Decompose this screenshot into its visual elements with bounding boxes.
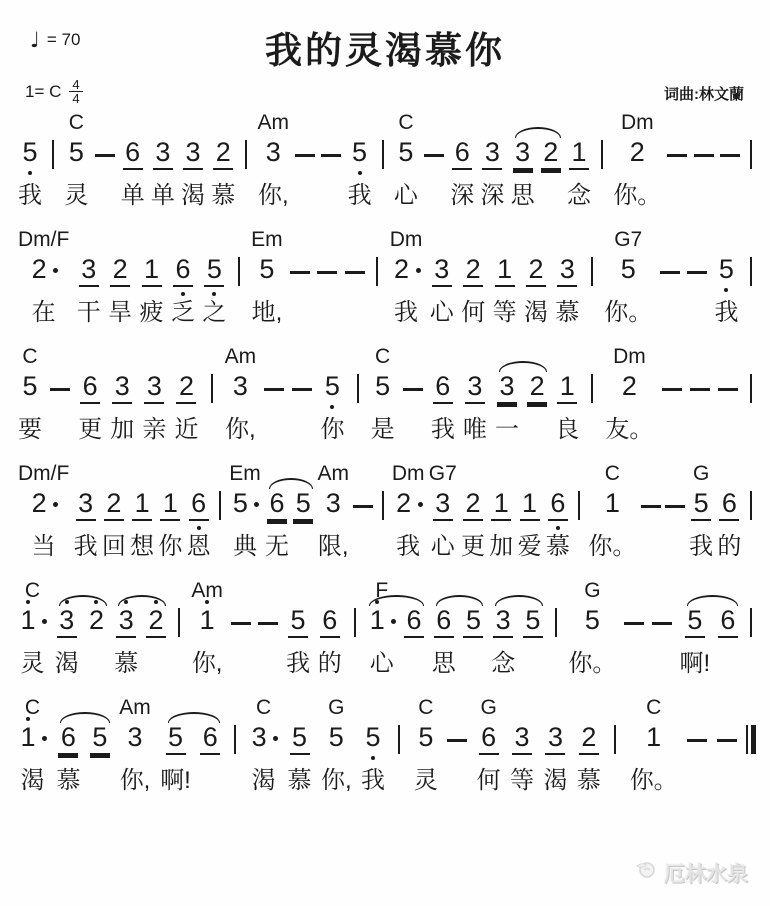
note-figure: 1 — [602, 488, 622, 525]
barline-stroke — [750, 374, 752, 403]
note-digit: 3 — [465, 371, 485, 402]
duration-dash — [717, 695, 737, 799]
lyric-syllable: 乏 — [171, 298, 195, 331]
note-token: 2更 — [461, 461, 485, 565]
augmentation-dot — [273, 736, 278, 741]
note-token: Dm/F2在 — [18, 227, 69, 331]
note-digit: 3 — [493, 605, 513, 636]
note-token: C5灵 — [414, 695, 438, 799]
note-figure — [690, 371, 710, 408]
note-figure: 3 — [263, 137, 283, 174]
barline — [353, 344, 363, 448]
chord-label: C — [398, 110, 413, 137]
barline — [610, 695, 620, 799]
dash-stroke — [718, 388, 738, 391]
chord-label: Am — [318, 461, 350, 488]
note-digit: 5 — [20, 137, 40, 168]
note-figure: 2 — [86, 605, 106, 642]
augmentation-dot — [42, 619, 47, 624]
lyric-syllable: 之 — [202, 298, 226, 331]
note-token: 6慕 — [56, 695, 80, 799]
note-digit: 3 — [230, 371, 250, 402]
lyric-syllable: 何 — [461, 298, 485, 331]
note-figure — [398, 722, 400, 759]
note-figure: 3 — [76, 488, 96, 525]
note-figure: 3 — [323, 488, 343, 525]
dash-stroke — [258, 622, 278, 625]
lyric-syllable: 我 — [394, 298, 418, 331]
lyric-syllable: 啊! — [160, 766, 191, 799]
note-digit: 6 — [320, 605, 340, 636]
lyric-syllable: 渴 — [55, 649, 79, 682]
augmentation-dot — [53, 502, 58, 507]
note-digit: 6 — [80, 371, 100, 402]
lyric-syllable: 渴 — [524, 298, 548, 331]
note-token: 2回 — [102, 461, 126, 565]
note-figure: 1 — [491, 488, 511, 525]
note-token: Dm2我 — [390, 227, 423, 331]
barline-stroke — [750, 491, 752, 520]
note-digit: 5 — [257, 254, 277, 285]
note-digit: 3 — [249, 722, 269, 753]
note-figure: 6 — [173, 254, 193, 291]
note-figure: 6 — [433, 371, 453, 408]
barline — [574, 461, 584, 565]
note-figure: 3 — [57, 605, 77, 642]
note-token: 1念 — [567, 110, 591, 214]
note-figure: 5 — [582, 605, 602, 642]
note-figure: 3 — [482, 137, 502, 174]
note-digit: 2 — [463, 488, 483, 519]
note-digit: 5 — [463, 605, 483, 636]
lyric-syllable: 慕 — [211, 181, 235, 214]
note-digit: 5 — [350, 137, 370, 168]
note-digit: 5 — [290, 722, 310, 753]
note-figure: 3 — [545, 722, 565, 759]
note-token: 6深 — [450, 110, 474, 214]
note-figure — [50, 371, 70, 408]
lyric-syllable: 你, — [258, 181, 289, 214]
note-token: 2 — [146, 578, 166, 682]
lyric-syllable: 等 — [493, 298, 517, 331]
note-figure: 1 — [367, 605, 396, 642]
dash-stroke — [687, 271, 707, 274]
lyric-syllable: 慕 — [56, 766, 80, 799]
augmentation-dot — [391, 619, 396, 624]
note-token: 2 — [541, 110, 561, 214]
note-digit: 2 — [541, 137, 561, 168]
note-figure: 3 — [125, 722, 145, 759]
note-digit: 6 — [404, 605, 424, 636]
lyric-syllable: 等 — [510, 766, 534, 799]
dash-stroke — [665, 505, 685, 508]
note-digit: 5 — [293, 488, 313, 519]
note-figure: 5 — [463, 605, 483, 642]
note-figure — [667, 137, 687, 174]
lyric-syllable: 心 — [394, 181, 418, 214]
note-digit: 1 — [520, 488, 540, 519]
note-figure: 3 — [465, 371, 485, 408]
lyric-syllable: 典 — [233, 532, 257, 565]
note-figure: 6 — [452, 137, 472, 174]
note-figure: 2 — [394, 488, 423, 525]
lyric-syllable: 慕 — [577, 766, 601, 799]
note-token: 5 — [293, 461, 313, 565]
note-figure: 2 — [110, 254, 130, 291]
note-digit: 6 — [479, 722, 499, 753]
octave-dot-below — [181, 292, 185, 296]
lyric-syllable: 你, — [321, 766, 352, 799]
barline-stroke — [178, 608, 180, 637]
note-token: 3一 — [495, 344, 519, 448]
lyric-syllable: 你。 — [630, 766, 678, 799]
barline — [230, 695, 240, 799]
note-figure — [750, 605, 752, 642]
note-digit: 3 — [144, 371, 164, 402]
barline — [350, 578, 360, 682]
note-token: 3渴 — [181, 110, 205, 214]
note-token: 5我 — [348, 110, 372, 214]
note-figure: 3 — [433, 488, 453, 525]
note-digit: 3 — [183, 137, 203, 168]
note-figure — [447, 722, 467, 759]
lyric-syllable: 思 — [432, 649, 456, 682]
duration-dash — [720, 110, 740, 214]
note-digit: 2 — [579, 722, 599, 753]
note-digit: 2 — [29, 254, 49, 285]
note-token: G5你, — [321, 695, 352, 799]
note-token: 3深 — [480, 110, 504, 214]
note-token: 2 — [527, 344, 547, 448]
note-token: 3渴 — [55, 578, 79, 682]
note-figure: 5 — [618, 254, 638, 291]
lyric-syllable: 单 — [121, 181, 145, 214]
time-numerator: 4 — [69, 78, 82, 92]
note-token: 5之 — [202, 227, 226, 331]
note-token: 6更 — [78, 344, 102, 448]
note-figure — [52, 137, 54, 174]
note-digit: 6 — [452, 137, 472, 168]
note-digit: 1 — [160, 488, 180, 519]
note-figure: 6 — [200, 722, 220, 759]
note-figure — [354, 605, 356, 642]
note-digit: 2 — [392, 254, 412, 285]
duration-dash — [652, 578, 672, 682]
note-figure — [578, 488, 580, 525]
lyric-syllable: 近 — [174, 415, 198, 448]
note-figure: 1 — [132, 488, 152, 525]
augmentation-dot — [254, 502, 259, 507]
song-title: 我的灵渴慕你 — [0, 20, 770, 74]
note-digit: 5 — [416, 722, 436, 753]
barline — [207, 344, 217, 448]
dash-stroke — [662, 388, 682, 391]
note-figure: 1 — [495, 254, 515, 291]
note-digit: 2 — [394, 488, 414, 519]
note-digit: 2 — [463, 254, 483, 285]
lyric-syllable: 亲 — [142, 415, 166, 448]
barline-stroke — [376, 257, 378, 286]
barline-stroke — [614, 725, 616, 754]
note-figure — [264, 371, 284, 408]
note-figure — [555, 605, 557, 642]
note-figure — [591, 254, 593, 291]
lyric-syllable: 我 — [348, 181, 372, 214]
note-token: G5你。 — [568, 578, 616, 682]
note-digit: 2 — [627, 137, 647, 168]
note-digit: 1 — [557, 371, 577, 402]
note-token: C5灵 — [64, 110, 88, 214]
dash-stroke — [292, 388, 312, 391]
notation-system: Dm/F2在3干2旱1疲6乏5之Em5地,Dm2我3心2何1等2渴3慕G75你。… — [18, 227, 756, 331]
note-figure: 5 — [20, 371, 40, 408]
lyric-syllable: 念 — [567, 181, 591, 214]
note-figure: 2 — [541, 137, 561, 174]
lyric-syllable: 无 — [265, 532, 289, 565]
octave-dot-above — [26, 600, 30, 604]
composer-credit: 词曲:林文蘭 — [664, 83, 744, 104]
note-digit: 1 — [142, 254, 162, 285]
note-figure: 6 — [320, 605, 340, 642]
duration-dash — [718, 344, 738, 448]
duration-dash — [662, 344, 682, 448]
lyric-syllable: 我 — [396, 532, 420, 565]
note-figure: 6 — [719, 488, 739, 525]
note-token: 1等 — [493, 227, 517, 331]
note-figure — [694, 137, 714, 174]
note-digit: 5 — [691, 488, 711, 519]
note-digit: 5 — [363, 722, 383, 753]
lyric-syllable: 限, — [318, 532, 349, 565]
chord-label: Dm/F — [18, 461, 69, 488]
note-token: 5 — [463, 578, 483, 682]
note-figure — [652, 605, 672, 642]
lyric-syllable: 渴 — [543, 766, 567, 799]
note-figure: 1 — [569, 137, 589, 174]
note-token: G75你。 — [604, 227, 652, 331]
note-figure: 5 — [257, 254, 277, 291]
duration-dash — [317, 227, 337, 331]
note-figure: 5 — [363, 722, 383, 759]
note-figure: 1 — [18, 722, 47, 759]
note-digit: 3 — [263, 137, 283, 168]
lyric-syllable: 你。 — [568, 649, 616, 682]
note-digit: 2 — [619, 371, 639, 402]
duration-dash — [290, 227, 310, 331]
note-digit: 1 — [132, 488, 152, 519]
duration-dash — [50, 344, 70, 448]
dash-stroke — [667, 154, 687, 157]
note-token: 2慕 — [577, 695, 601, 799]
chord-label: C — [69, 110, 84, 137]
note-digit: 5 — [90, 722, 110, 753]
note-figure: 5 — [290, 722, 310, 759]
dash-stroke — [295, 154, 315, 157]
note-token: Dm2友。 — [605, 344, 653, 448]
note-figure — [382, 488, 384, 525]
note-figure — [750, 371, 752, 408]
note-digit: 2 — [526, 254, 546, 285]
barline-stroke — [354, 608, 356, 637]
note-token: 6 — [404, 578, 424, 682]
lyric-syllable: 想 — [130, 532, 154, 565]
final-barline — [746, 695, 756, 799]
barline — [746, 227, 756, 331]
barline — [241, 110, 251, 214]
note-figure: 2 — [463, 254, 483, 291]
barline-stroke — [382, 140, 384, 169]
lyric-syllable: 灵 — [414, 766, 438, 799]
note-figure: 1 — [160, 488, 180, 525]
note-figure — [624, 605, 644, 642]
duration-dash — [667, 110, 687, 214]
barline-stroke — [591, 257, 593, 286]
duration-dash — [264, 344, 284, 448]
note-figure: 2 — [29, 488, 58, 525]
barline — [174, 578, 184, 682]
note-digit: 1 — [569, 137, 589, 168]
chord-label: C — [22, 344, 37, 371]
note-digit: 1 — [644, 722, 664, 753]
note-figure: 3 — [79, 254, 99, 291]
note-digit: 3 — [433, 488, 453, 519]
barline-stroke — [219, 491, 221, 520]
key-label: 1= C — [25, 82, 61, 102]
note-digit: 5 — [288, 605, 308, 636]
lyric-syllable: 更 — [461, 532, 485, 565]
note-figure: 5 — [166, 722, 186, 759]
barline — [746, 461, 756, 565]
note-figure — [357, 371, 359, 408]
chord-label: G7 — [614, 227, 642, 254]
note-figure: 5 — [204, 254, 224, 291]
notation-system: Dm/F2当3我2回1想1你6恩Em5典6无5Am3限,Dm2我G73心2更1加… — [18, 461, 756, 565]
note-figure: 1 — [18, 605, 47, 642]
octave-dot-below — [371, 756, 375, 760]
note-figure: 3 — [432, 254, 452, 291]
lyric-syllable: 旱 — [108, 298, 132, 331]
duration-dash — [665, 461, 685, 565]
note-figure — [750, 137, 752, 174]
note-token: 6乏 — [171, 227, 195, 331]
note-token: 6无 — [265, 461, 289, 565]
lyric-syllable: 的 — [318, 649, 342, 682]
chord-label: G — [328, 695, 344, 722]
note-digit: 1 — [197, 605, 217, 636]
note-token: 5我 — [286, 578, 310, 682]
note-figure: 3 — [513, 137, 533, 174]
lyric-syllable: 我 — [689, 532, 713, 565]
lyric-syllable: 你。 — [613, 181, 661, 214]
note-token: 2近 — [174, 344, 198, 448]
note-figure: 5 — [416, 722, 436, 759]
dash-stroke — [424, 154, 444, 157]
note-token: G73心 — [429, 461, 457, 565]
chord-label: Dm — [390, 227, 423, 254]
note-token: 1加 — [489, 461, 513, 565]
note-token: Am3你, — [225, 344, 257, 448]
dash-stroke — [345, 271, 365, 274]
lyric-syllable: 你, — [192, 649, 223, 682]
lyric-syllable: 我 — [74, 532, 98, 565]
note-token: 2慕 — [211, 110, 235, 214]
note-figure — [353, 488, 373, 525]
note-token: 5 — [523, 578, 543, 682]
barline — [587, 227, 597, 331]
note-digit: 3 — [512, 722, 532, 753]
note-figure — [382, 137, 384, 174]
note-digit: 2 — [213, 137, 233, 168]
octave-dot-below — [724, 288, 728, 292]
note-token: 5 — [90, 695, 110, 799]
note-digit: 3 — [79, 254, 99, 285]
note-token: Dm/F2当 — [18, 461, 69, 565]
note-figure: 5 — [396, 137, 416, 174]
note-token: 5啊! — [160, 695, 191, 799]
note-token: 3干 — [77, 227, 101, 331]
barline-stroke — [245, 140, 247, 169]
note-token: 6思 — [432, 578, 456, 682]
note-token: 6恩 — [187, 461, 211, 565]
note-digit: 2 — [176, 371, 196, 402]
note-token: Dm2我 — [392, 461, 425, 565]
note-token: C1渴 — [18, 695, 47, 799]
barline-stroke — [357, 374, 359, 403]
note-digit: 3 — [432, 254, 452, 285]
note-figure — [687, 254, 707, 291]
chord-label: Am — [258, 110, 290, 137]
note-digit: 6 — [200, 722, 220, 753]
lyric-syllable: 是 — [371, 415, 395, 448]
dash-stroke — [624, 622, 644, 625]
duration-dash — [424, 110, 444, 214]
note-token: 2何 — [461, 227, 485, 331]
note-token: C3渴 — [249, 695, 278, 799]
lyric-syllable: 深 — [480, 181, 504, 214]
lyric-syllable: 心 — [431, 532, 455, 565]
note-token: 3唯 — [463, 344, 487, 448]
note-figure: 6 — [123, 137, 143, 174]
note-figure: 6 — [718, 605, 738, 642]
lyric-syllable: 更 — [78, 415, 102, 448]
dash-stroke — [231, 622, 251, 625]
duration-dash — [641, 461, 661, 565]
note-figure — [660, 254, 680, 291]
note-token: 3念 — [491, 578, 515, 682]
note-digit: 6 — [548, 488, 568, 519]
barline — [48, 110, 58, 214]
note-figure: 5 — [373, 371, 393, 408]
note-digit: 5 — [20, 371, 40, 402]
note-figure — [614, 722, 616, 759]
note-figure: 5 — [716, 254, 736, 291]
chord-label: G — [584, 578, 600, 605]
lyric-syllable: 你, — [225, 415, 256, 448]
chord-label: Am — [225, 344, 257, 371]
note-digit: 1 — [18, 722, 38, 753]
lyric-syllable: 你。 — [588, 532, 636, 565]
note-token: 6的 — [717, 461, 741, 565]
note-digit: 3 — [513, 137, 533, 168]
barline-stroke — [750, 257, 752, 286]
note-digit: 5 — [523, 605, 543, 636]
duration-dash — [624, 578, 644, 682]
barline-stroke — [578, 491, 580, 520]
note-figure — [178, 605, 180, 642]
barline — [372, 227, 382, 331]
barline-stroke — [238, 257, 240, 286]
duration-dash — [687, 227, 707, 331]
